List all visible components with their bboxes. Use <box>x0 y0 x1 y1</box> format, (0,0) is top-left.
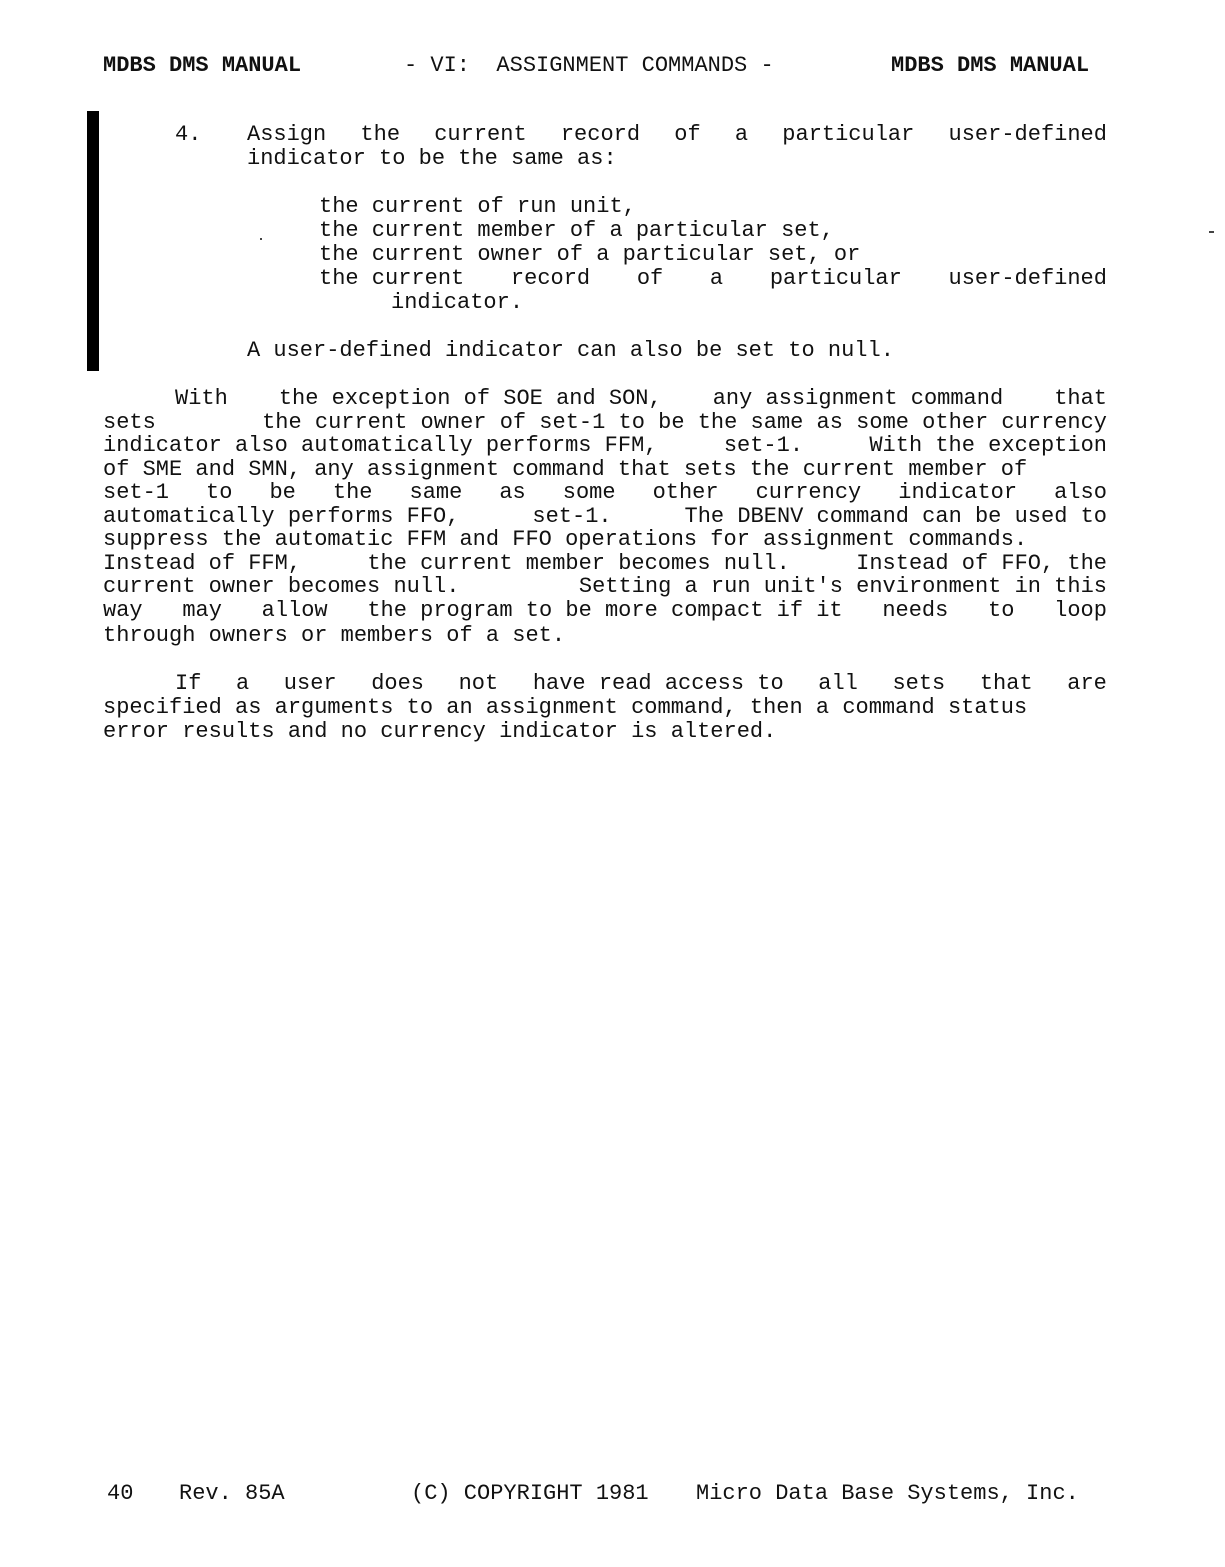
word-group: Instead of FFO, the <box>856 552 1107 576</box>
text-line: set-1tobethesameassomeothercurrencyindic… <box>103 481 1107 505</box>
word-group: user-defined <box>949 267 1107 291</box>
word-group: the exception of SOE and SON, <box>279 387 662 411</box>
list-item-number: 4. <box>175 123 201 147</box>
word-group: to <box>988 599 1014 623</box>
option-3: the current owner of a particular set, o… <box>319 243 860 267</box>
word-group: the <box>333 481 373 505</box>
word-group: also <box>1054 481 1107 505</box>
word-group: With the exception <box>869 434 1107 458</box>
word-group: may <box>182 599 222 623</box>
text-line: indicator also automatically performs FF… <box>103 434 1107 458</box>
word-group: a <box>735 123 748 147</box>
text-line: waymayallowthe program to be more compac… <box>103 599 1107 623</box>
text-line: automatically performs FFO,set-1.The DBE… <box>103 505 1107 529</box>
word-group: If <box>175 672 201 696</box>
word-group: a <box>710 267 723 291</box>
word-group: Setting a run unit's environment in this <box>579 575 1107 599</box>
word-group: indicator <box>898 481 1017 505</box>
word-group: of SME and SMN, any assignment command t… <box>103 457 1027 482</box>
word-group: of <box>637 267 663 291</box>
word-group: a <box>236 672 249 696</box>
text-line: of SME and SMN, any assignment command t… <box>103 458 1027 482</box>
word-group: some <box>563 481 616 505</box>
header-chapter-title: - VI: ASSIGNMENT COMMANDS - <box>404 54 774 78</box>
word-group: record <box>561 123 640 147</box>
word-group: the program to be more compact if it <box>367 599 842 623</box>
word-group: currency <box>756 481 862 505</box>
word-group: same <box>410 481 463 505</box>
text-line: Instead of FFM,the current member become… <box>103 552 1107 576</box>
text-line: current owner becomes null.Setting a run… <box>103 575 1107 599</box>
footer-company: Micro Data Base Systems, Inc. <box>696 1482 1079 1506</box>
word-group: set-1. <box>532 505 611 529</box>
text-line: setsthe current owner of set-1 to be the… <box>103 411 1107 435</box>
word-group: way <box>103 599 143 623</box>
footer-page-number: 40 <box>107 1482 133 1506</box>
word-group: the <box>360 123 400 147</box>
text-line: specified as arguments to an assignment … <box>103 696 1027 720</box>
word-group: The DBENV command can be used to <box>685 505 1107 529</box>
word-group: sets <box>892 672 945 696</box>
word-group: that <box>980 672 1033 696</box>
word-group: specified as arguments to an assignment … <box>103 695 1027 720</box>
word-group: current <box>434 123 526 147</box>
word-group: set-1. <box>724 434 803 458</box>
word-group: sets <box>103 411 156 435</box>
text-line: Withthe exception of SOE and SON,any ass… <box>175 387 1107 411</box>
word-group: set-1 <box>103 481 169 505</box>
word-group: Instead of FFM, <box>103 552 301 576</box>
word-group: all <box>818 672 858 696</box>
revision-change-bar <box>87 111 99 371</box>
word-group: record <box>511 267 590 291</box>
word-group: particular <box>782 123 914 147</box>
word-group: Assign <box>247 123 326 147</box>
word-group: indicator also automatically performs FF… <box>103 434 658 458</box>
scan-speck <box>1209 231 1214 233</box>
word-group: suppress the automatic FFM and FFO opera… <box>103 527 1027 552</box>
word-group: not <box>459 672 499 696</box>
word-group: be <box>269 481 295 505</box>
word-group: does <box>371 672 424 696</box>
word-group: the current <box>319 267 464 291</box>
option-2: the current member of a particular set, <box>319 219 834 243</box>
header-right: MDBS DMS MANUAL <box>891 54 1089 78</box>
word-group: user <box>284 672 337 696</box>
option-4: the currentrecordofaparticularuser-defin… <box>319 267 1107 291</box>
footer-copyright: (C) COPYRIGHT 1981 <box>411 1482 649 1506</box>
option-4-continuation: indicator. <box>391 291 523 315</box>
word-group: particular <box>770 267 902 291</box>
word-group: are <box>1067 672 1107 696</box>
word-group: user-defined <box>949 123 1107 147</box>
word-group: needs <box>882 599 948 623</box>
word-group: loop <box>1054 599 1107 623</box>
word-group: With <box>175 387 228 411</box>
word-group: the current owner of set-1 to be the sam… <box>262 411 1107 435</box>
word-group: other <box>653 481 719 505</box>
item4-note: A user-defined indicator can also be set… <box>247 339 894 363</box>
paragraph2-last-line: error results and no currency indicator … <box>103 720 776 744</box>
option-1: the current of run unit, <box>319 195 636 219</box>
footer-revision: Rev. 85A <box>179 1482 285 1506</box>
word-group: that <box>1054 387 1107 411</box>
word-group: to <box>206 481 232 505</box>
text-line: Ifauserdoesnothave read access toallsets… <box>175 672 1107 696</box>
word-group: automatically performs FFO, <box>103 505 459 529</box>
word-group: the current member becomes null. <box>367 552 789 576</box>
paragraph1-last-line: through owners or members of a set. <box>103 624 565 648</box>
scan-speck <box>260 238 262 240</box>
item4-line1: Assignthecurrentrecordofaparticularuser-… <box>247 123 1107 147</box>
word-group: any assignment command <box>713 387 1003 411</box>
word-group: allow <box>262 599 328 623</box>
text-line: suppress the automatic FFM and FFO opera… <box>103 528 1027 552</box>
word-group: as <box>499 481 525 505</box>
item4-line2: indicator to be the same as: <box>247 147 617 171</box>
word-group: of <box>674 123 700 147</box>
word-group: current owner becomes null. <box>103 575 459 599</box>
word-group: have read access to <box>533 672 784 696</box>
header-left: MDBS DMS MANUAL <box>103 54 301 78</box>
